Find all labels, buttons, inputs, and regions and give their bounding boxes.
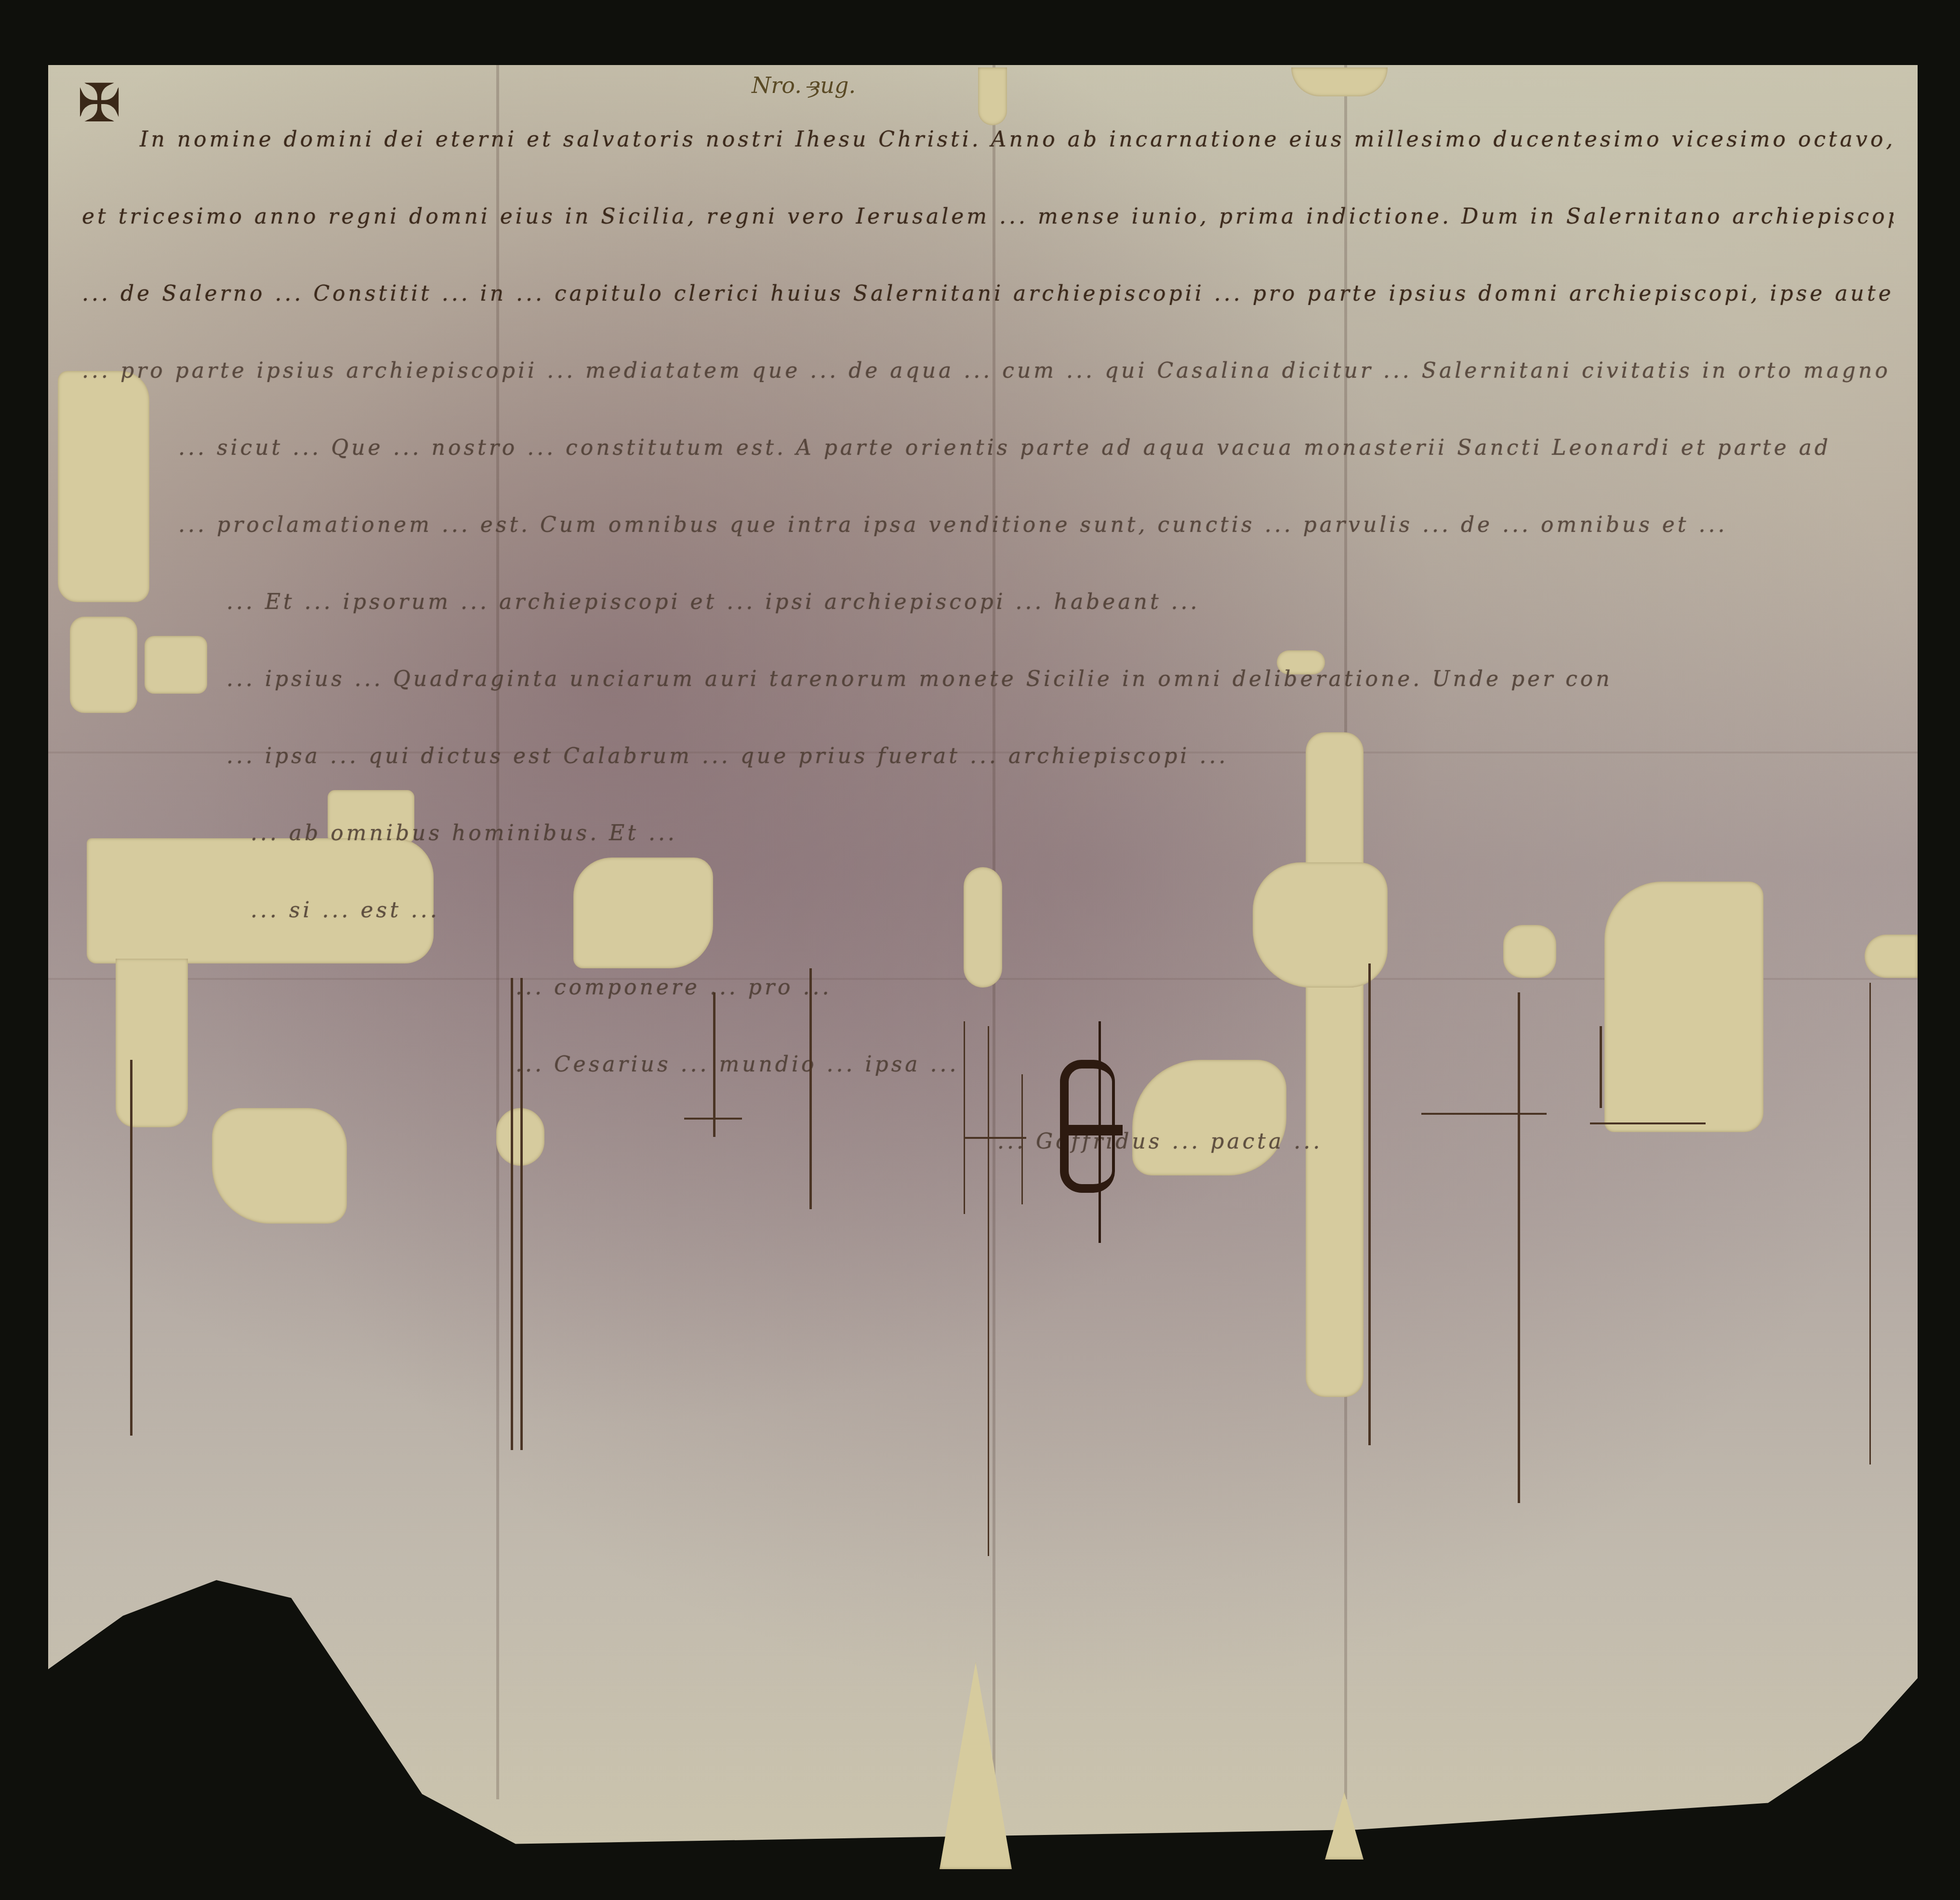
text-line: ... de Salerno ... Constitit ... in ... … bbox=[82, 255, 1894, 332]
signature-stroke-sig-7b bbox=[1518, 992, 1520, 1503]
text-line: ... ipsius ... Quadraginta unciarum auri… bbox=[82, 641, 1894, 718]
signature-cross-sig-6 bbox=[964, 1137, 1026, 1139]
text-line: ... sicut ... Que ... nostro ... constit… bbox=[82, 409, 1894, 487]
text-line: ... ab omnibus hominibus. Et ... bbox=[82, 795, 1894, 872]
signature-stroke-right bbox=[1869, 983, 1871, 1465]
text-line: In nomine domini dei eterni et salvatori… bbox=[82, 101, 1894, 178]
signature-cross-sig-7 bbox=[1421, 1113, 1547, 1115]
signature-cross-sig-3 bbox=[684, 1118, 742, 1120]
signature-stroke-sig-5b bbox=[988, 1026, 989, 1556]
signature-stroke-sig-2 bbox=[511, 978, 513, 1450]
text-line: ... ipsa ... qui dictus est Calabrum ...… bbox=[82, 718, 1894, 795]
repair-patch bbox=[1291, 67, 1388, 96]
text-line: ... componere ... pro ... bbox=[82, 949, 1894, 1026]
signature-stroke-sig-8 bbox=[1600, 1026, 1602, 1108]
signature-stroke-sig-6 bbox=[1021, 1074, 1023, 1204]
text-line: ... proclamationem ... est. Cum omnibus … bbox=[82, 487, 1894, 564]
signature-stroke-sig-4 bbox=[809, 968, 812, 1209]
text-line: et tricesimo anno regni domni eius in Si… bbox=[82, 178, 1894, 255]
text-line: ... si ... est ... bbox=[82, 872, 1894, 949]
signature-stroke-sig-2b bbox=[520, 978, 523, 1450]
signature-stroke-sig-3 bbox=[713, 992, 715, 1137]
charter-text: In nomine domini dei eterni et salvatori… bbox=[82, 101, 1894, 1180]
archival-note: Nro. ȝ̶ug. bbox=[752, 72, 856, 98]
signature-stroke-sig-7 bbox=[1368, 963, 1371, 1445]
signature-cross-sig-8 bbox=[1590, 1122, 1706, 1124]
signature-stroke-sig-1 bbox=[130, 1060, 132, 1436]
signature-stroke-sig-5 bbox=[964, 1021, 965, 1214]
monogram-bar bbox=[1065, 1125, 1123, 1135]
text-line: ... Et ... ipsorum ... archiepiscopi et … bbox=[82, 564, 1894, 641]
text-line: ... pro parte ipsius archiepiscopii ... … bbox=[82, 332, 1894, 409]
